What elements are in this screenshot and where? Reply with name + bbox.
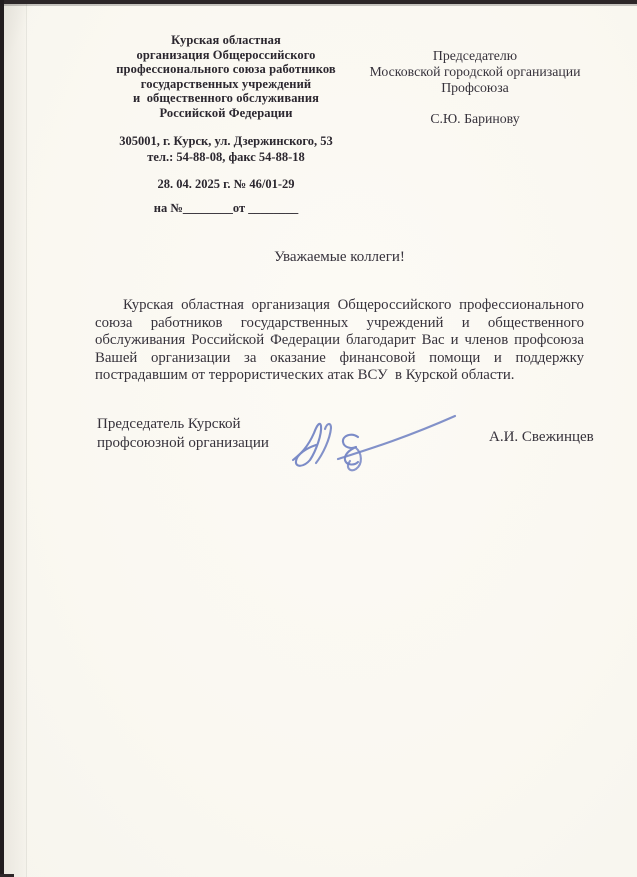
letterhead-line: Российской Федерации [72, 106, 380, 121]
letterhead-line: и общественного обслуживания [72, 91, 380, 106]
scan-edge-left [0, 0, 4, 877]
letterhead-address: 305001, г. Курск, ул. Дзержинского, 53 т… [72, 134, 380, 165]
letterhead-postal-address: 305001, г. Курск, ул. Дзержинского, 53 [72, 134, 380, 150]
body-line: союзаработниковгосударственныхучреждений… [95, 315, 584, 333]
body-line: Вашейорганизациизаоказаниефинансовойпомо… [95, 350, 584, 368]
letterhead-line: профессионального союза работников [72, 62, 380, 77]
reply-reference-line: на №________от ________ [72, 201, 380, 216]
body-line: обслуживанияРоссийскойФедерацииблагодари… [95, 332, 584, 350]
paper-crease-line [26, 4, 27, 877]
body-line: КурскаяобластнаяорганизацияОбщероссийско… [95, 297, 584, 315]
signoff-title-line: профсоюзной организации [97, 434, 269, 453]
scanned-letter-page: Курская областная организация Общероссий… [0, 0, 637, 877]
signoff-title: Председатель Курской профсоюзной организ… [97, 415, 269, 452]
letterhead-organization: Курская областная организация Общероссий… [72, 33, 380, 121]
addressee-organization: Московской городской организации [360, 64, 590, 80]
letterhead-phone-fax: тел.: 54-88-08, факс 54-88-18 [72, 150, 380, 166]
handwritten-signature [283, 403, 463, 475]
page-left-shading [4, 4, 26, 877]
letterhead-line: организация Общероссийского [72, 48, 380, 63]
letterhead-line: Курская областная [72, 33, 380, 48]
salutation: Уважаемые коллеги! [95, 249, 584, 266]
addressee-block: Председателю Московской городской органи… [360, 48, 590, 127]
body-line: пострадавшим от террористических атак ВС… [95, 367, 584, 385]
signoff-title-line: Председатель Курской [97, 415, 269, 434]
addressee-name: С.Ю. Баринову [360, 111, 590, 127]
signer-name: А.И. Свежинцев [489, 429, 594, 446]
addressee-organization-2: Профсоюза [360, 80, 590, 96]
addressee-title: Председателю [360, 48, 590, 64]
letter-date-number: 28. 04. 2025 г. № 46/01-29 [72, 177, 380, 192]
scan-edge-top [0, 0, 637, 4]
letterhead-line: государственных учреждений [72, 77, 380, 92]
signature-scribble-svg [283, 403, 463, 475]
letter-body: КурскаяобластнаяорганизацияОбщероссийско… [95, 297, 584, 385]
